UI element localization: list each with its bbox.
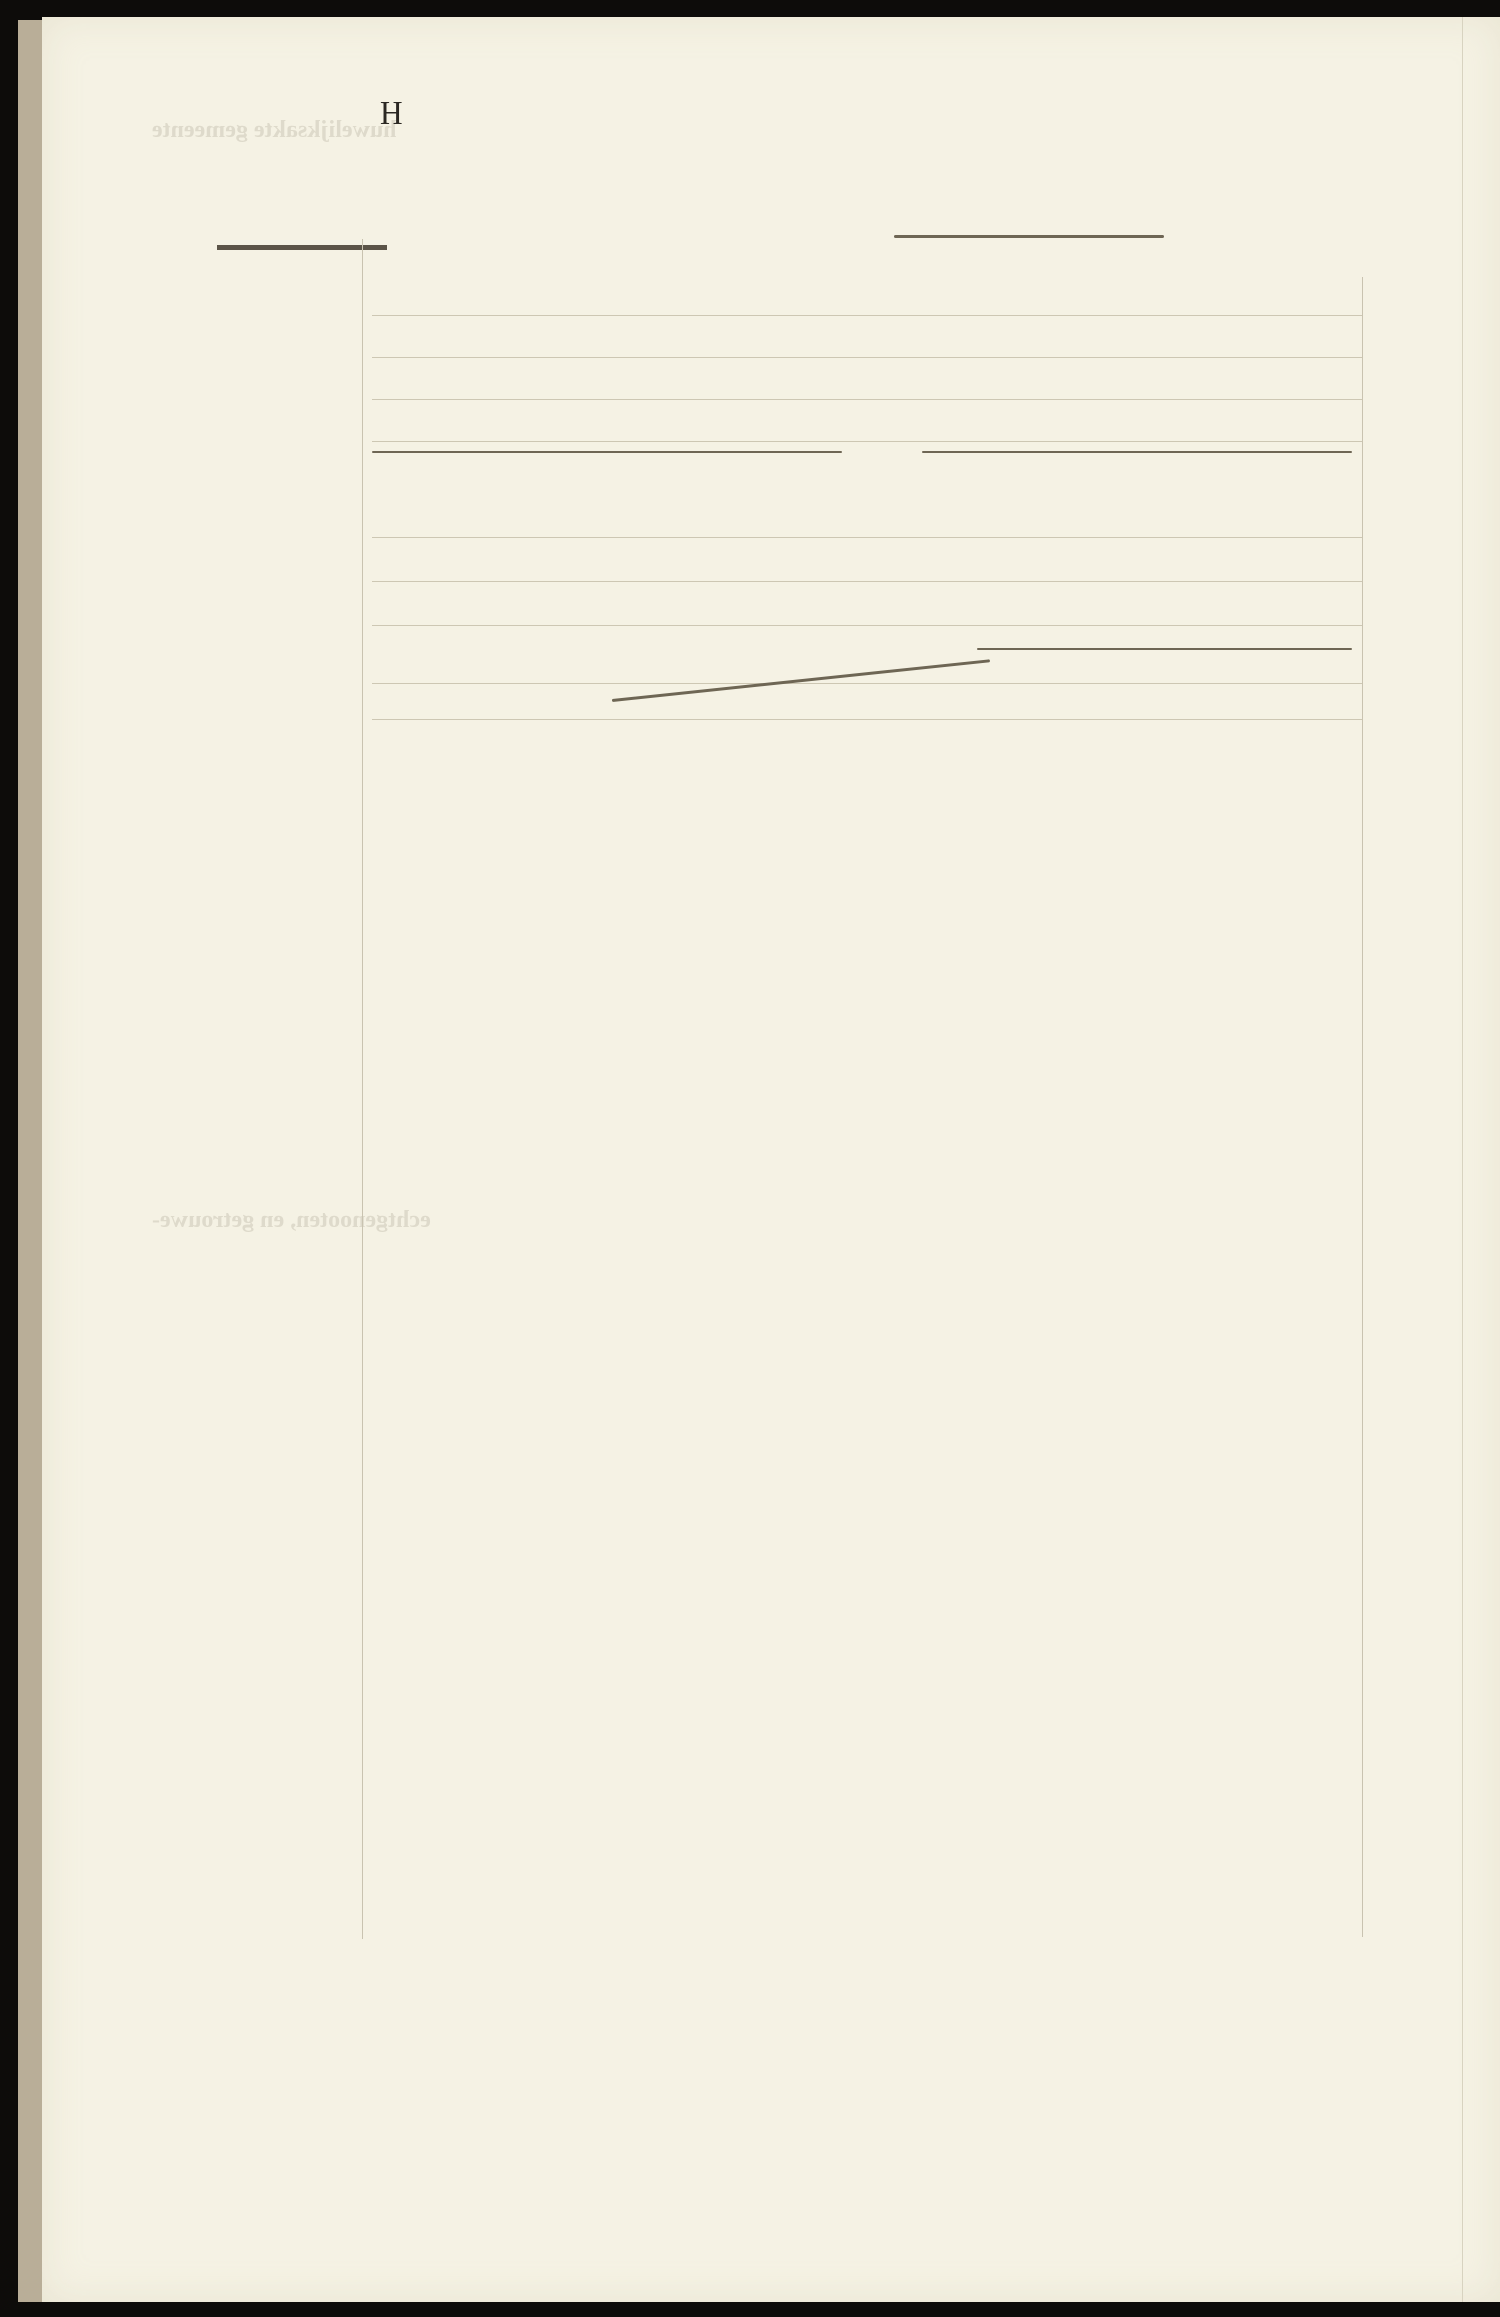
record-number xyxy=(242,167,250,244)
ruled-line xyxy=(372,683,1362,684)
text-column-right-rule xyxy=(1362,277,1363,1937)
ruled-line xyxy=(372,441,1362,442)
text-column-left-rule xyxy=(362,239,363,1939)
ruled-line xyxy=(372,357,1362,358)
ruled-line xyxy=(372,537,1362,538)
ruled-line xyxy=(372,581,1362,582)
bleed-through-text: huwelijksakte gemeente xyxy=(152,117,397,144)
binding-edge xyxy=(18,20,44,2302)
bride-fill-line xyxy=(977,648,1352,650)
drop-cap-h: H xyxy=(380,95,403,132)
header-fill-line xyxy=(894,235,1164,238)
ruled-line xyxy=(372,399,1362,400)
header-line-1: H xyxy=(380,95,383,133)
ruled-line xyxy=(372,719,1362,720)
cancel-stroke xyxy=(612,659,990,702)
ruled-line xyxy=(372,315,1362,316)
en-left-line xyxy=(372,451,842,453)
en-right-line xyxy=(922,451,1352,453)
document-page: huwelijksakte gemeente echtgenooten, en … xyxy=(42,17,1500,2302)
ruled-line xyxy=(372,625,1362,626)
bleed-through-text: echtgenooten, en getrouwe- xyxy=(152,1207,431,1234)
page-fold-line xyxy=(1462,17,1463,2302)
